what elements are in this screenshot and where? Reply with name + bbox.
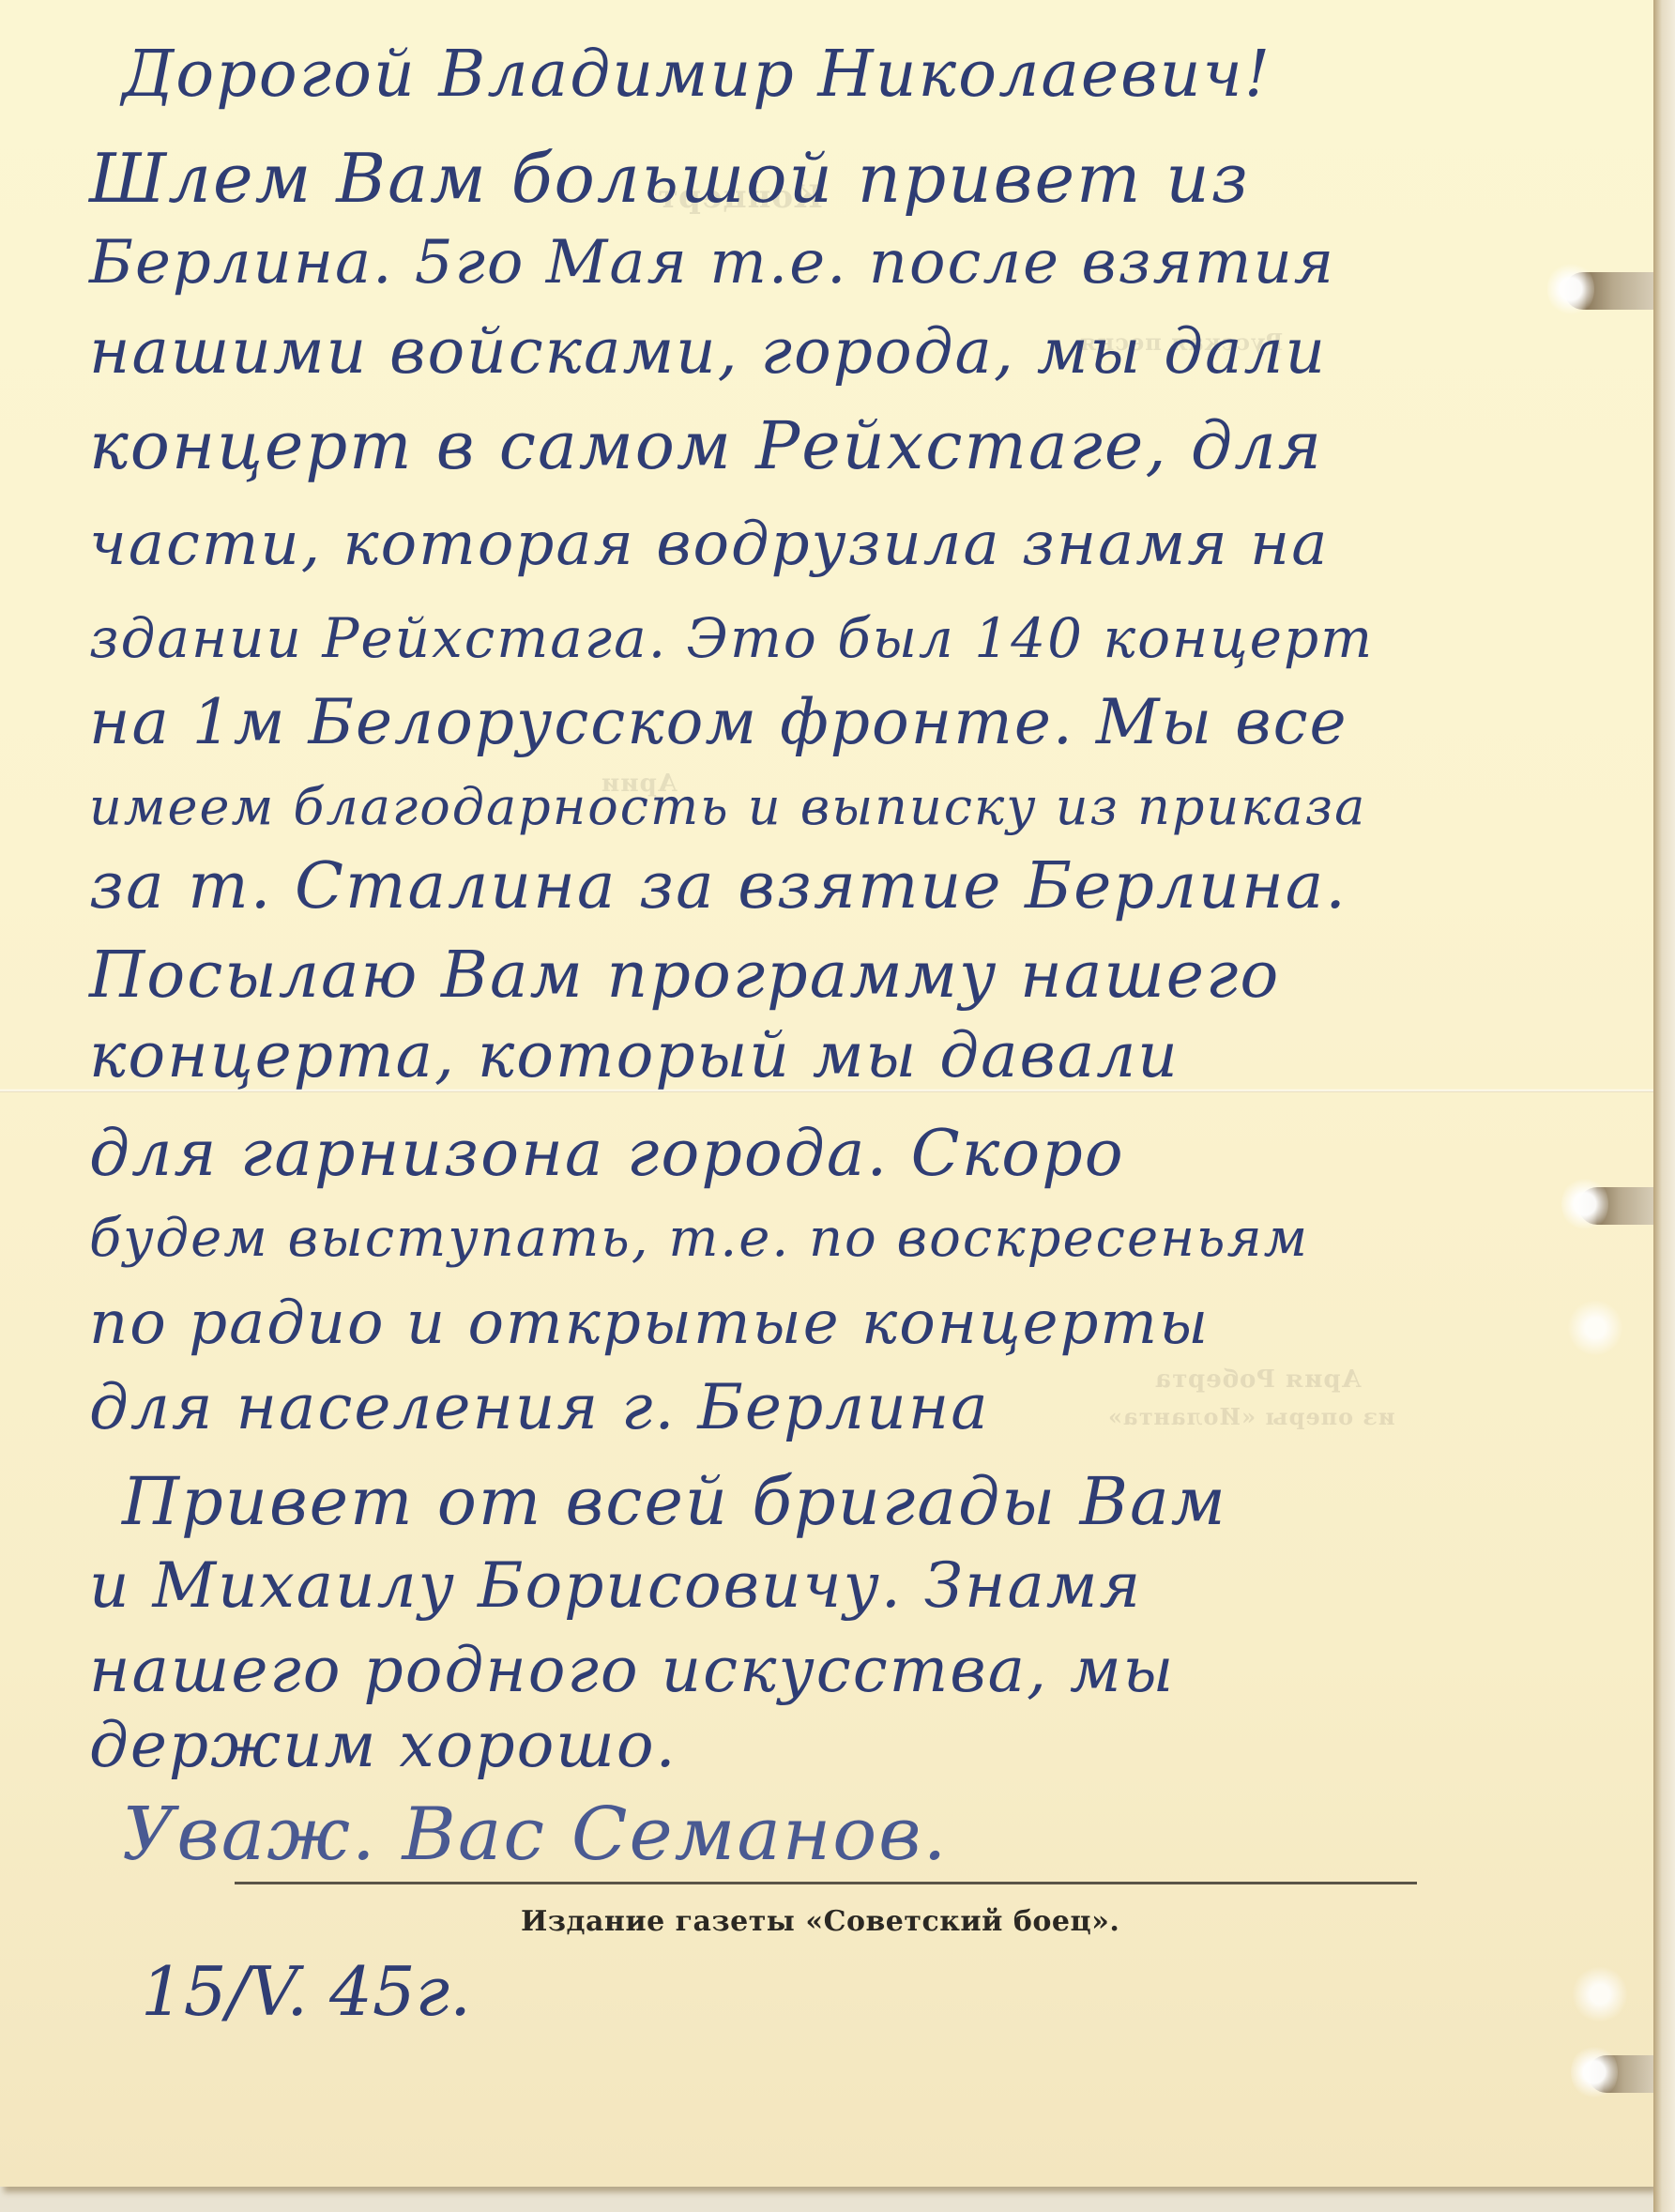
letter-line: для населения г. Берлина (89, 1370, 990, 1445)
letter-line: на 1м Белорусском фронте. Мы все (89, 685, 1348, 760)
printed-footer: Издание газеты «Советский боец». (521, 1905, 1119, 1938)
binding-string (1578, 1187, 1653, 1225)
letter-line: Привет от всей бригады Вам (122, 1464, 1227, 1539)
letter-date: 15/V. 45г. (141, 1952, 471, 2031)
letter-line: имеем благодарность и выписку из приказа (89, 770, 1366, 845)
letter-line: здании Рейхстага. Это был 140 концерт (89, 601, 1374, 676)
letter-line: Берлина. 5го Мая т.е. после взятия (89, 225, 1335, 300)
letter-line: части, которая водрузила знамя на (89, 507, 1329, 582)
bleed-through-text: из оперы «Иоланта» (1107, 1403, 1395, 1430)
letter-line: и Михаилу Борисовичу. Знамя (89, 1548, 1142, 1624)
letter-line: держим хорошо. (89, 1708, 678, 1783)
letter-line: концерт в самом Рейхстаге, для (89, 408, 1323, 483)
paper-tear (1567, 1300, 1623, 1356)
letter-line: за т. Сталина за взятие Берлина. (89, 849, 1348, 924)
letter-line: нашего родного искусства, мы (89, 1633, 1175, 1708)
paper-tear (1572, 1966, 1628, 2022)
letter-page: Концерт Русская песня Арии Ария Роберта … (0, 0, 1653, 2187)
binding-string (1564, 272, 1653, 310)
printed-rule (235, 1882, 1417, 1884)
binding-string (1588, 2055, 1653, 2093)
letter-line: Посылаю Вам программу нашего (89, 938, 1280, 1014)
salutation-line: Дорогой Владимир Николаевич! (122, 38, 1271, 113)
bleed-through-text: Ария Роберта (1154, 1365, 1362, 1394)
letter-line: концерта, который мы давали (89, 1018, 1180, 1093)
closing-signature: Уваж. Вас Семанов. (122, 1797, 948, 1872)
letter-line: будем выступать, т.е. по воскресеньям (89, 1201, 1309, 1276)
letter-line: для гарнизона города. Скоро (89, 1117, 1125, 1192)
letter-line: Шлем Вам большой привет из (89, 141, 1250, 216)
letter-line: нашими войсками, города, мы дали (89, 314, 1327, 389)
letter-line: по радио и открытые концерты (89, 1286, 1210, 1361)
page-edge (1653, 0, 1675, 2212)
